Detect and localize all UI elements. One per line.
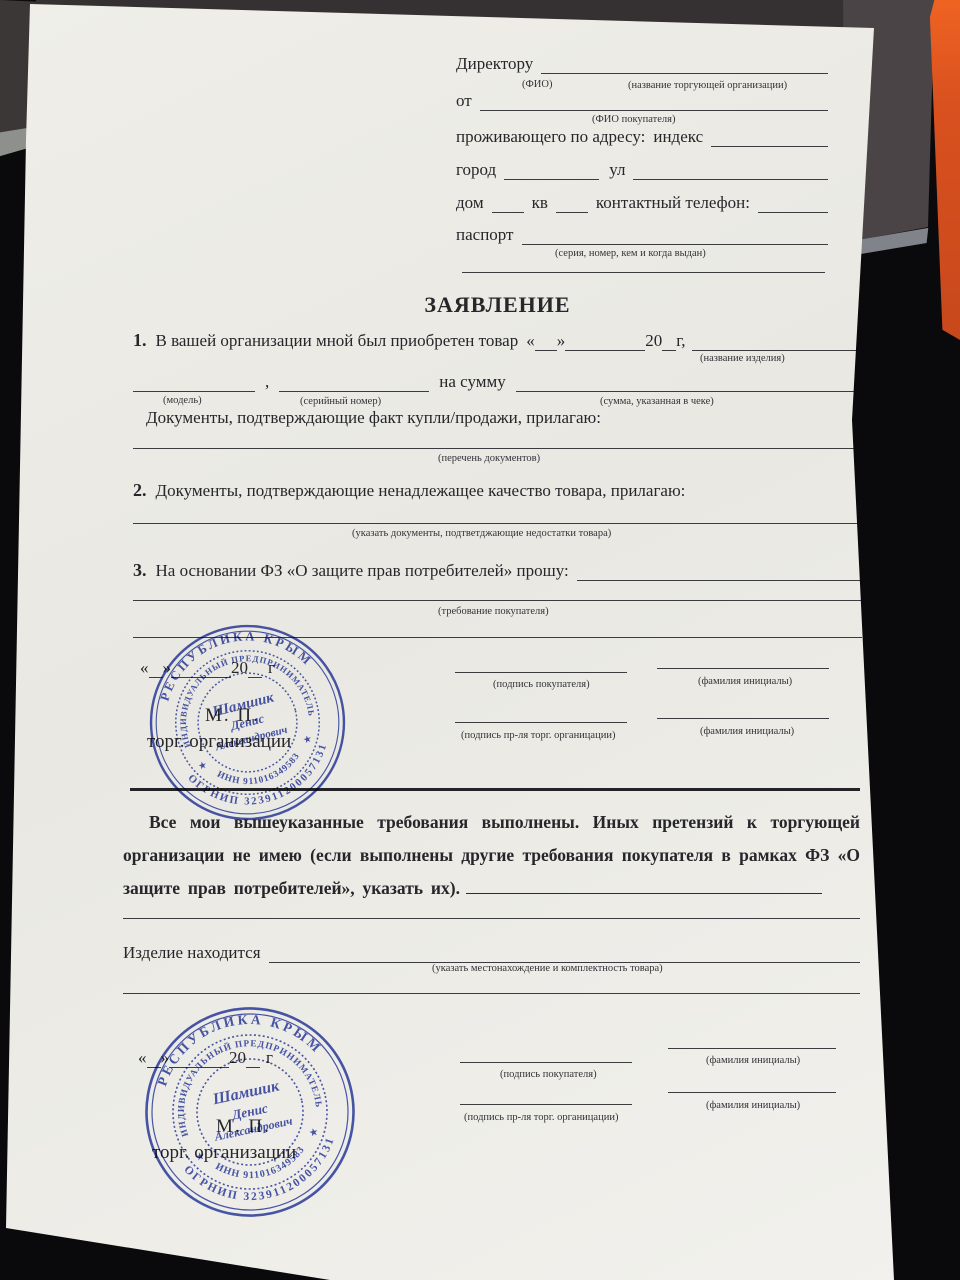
star-icon: ★ (195, 1150, 206, 1162)
blank-underline (556, 196, 588, 213)
blank-underline (279, 375, 429, 392)
blank-underline (535, 334, 557, 351)
header-line-house: дом кв контактный телефон: (456, 193, 828, 213)
sig1-buyer-sign-line (455, 672, 627, 673)
sig2-fam-line (668, 1048, 836, 1049)
location-label: Изделие находится (123, 943, 261, 963)
blank-underline (504, 163, 599, 180)
item3-text: На основании ФЗ «О защите прав потребите… (156, 561, 569, 581)
item2-text: Документы, подтверждающие ненадлежащее к… (156, 481, 686, 501)
header-line-from: от (456, 91, 828, 111)
passport-label: паспорт (456, 225, 514, 245)
blank-underline (492, 196, 524, 213)
header-line-director: Директору (456, 54, 828, 74)
flat-label: кв (532, 193, 548, 213)
from-label: от (456, 91, 472, 111)
caption-buyer-demand: (требование покупателя) (438, 606, 549, 617)
blank-line (133, 523, 862, 524)
blank-underline (662, 334, 676, 351)
director-label: Директору (456, 54, 533, 74)
caption-sum: (сумма, указанная в чеке) (600, 396, 714, 407)
item1-number: 1. (133, 330, 147, 351)
blank-line (462, 272, 825, 273)
blank-underline (541, 57, 828, 74)
star-icon: ★ (197, 760, 208, 771)
caption-product-name: (название изделия) (700, 353, 785, 364)
sig2-buyer-sign-line (460, 1062, 632, 1063)
item3-number: 3. (133, 560, 147, 581)
paper-sheet: Директору (ФИО) (название торгующей орга… (0, 0, 960, 1280)
blank-line (133, 448, 862, 449)
blank-underline (711, 130, 828, 147)
caption-family-initials: (фамилия инициалы) (706, 1055, 800, 1066)
caption-buyer-sign: (подпись покупателя) (493, 679, 590, 690)
header-line-address: проживающего по адресу: индекс (456, 127, 828, 147)
star-icon: ★ (302, 734, 313, 745)
caption-buyer-sign: (подпись покупателя) (500, 1069, 597, 1080)
sig2-seller-sign-line (460, 1104, 632, 1105)
caption-defect-docs: (указать документы, подтветджающие недос… (352, 528, 611, 539)
caption-family-initials: (фамилия инициалы) (706, 1100, 800, 1111)
year-prefix: 20 (645, 331, 662, 351)
caption-fio: (ФИО) (522, 79, 552, 90)
item2-line: 2. Документы, подтверждающие ненадлежаще… (133, 480, 862, 501)
header-line-passport: паспорт (456, 225, 828, 245)
caption-passport: (серия, номер, кем и когда выдан) (555, 248, 706, 259)
address-label: проживающего по адресу: (456, 127, 645, 147)
blank-underline (466, 878, 822, 894)
blank-underline (758, 196, 828, 213)
form-title: ЗАЯВЛЕНИЕ (133, 292, 862, 318)
location-line: Изделие находится (123, 943, 860, 963)
orange-object (928, 0, 960, 340)
header-line-city: город ул (456, 160, 828, 180)
item1-docs-line: Документы, подтверждающие факт купли/про… (146, 408, 862, 428)
blank-underline (516, 375, 862, 392)
sig2-fam-line2 (668, 1092, 836, 1093)
phone-label: контактный телефон: (596, 193, 750, 213)
caption-buyer-fio: (ФИО покупателя) (592, 114, 675, 125)
blank-underline (133, 375, 255, 392)
caption-seller-sign: (подпись пр-ля торг. органицации) (461, 730, 615, 741)
caption-model: (модель) (163, 395, 202, 406)
quote-close: » (557, 331, 566, 351)
caption-doc-list: (перечень документов) (438, 453, 540, 464)
sum-label: на сумму (439, 372, 506, 392)
sig1-fam-line (657, 668, 829, 669)
blank-line (123, 918, 860, 919)
house-label: дом (456, 193, 484, 213)
city-label: город (456, 160, 496, 180)
comma: , (265, 372, 269, 392)
quote-open: « (526, 331, 535, 351)
caption-serial: (серийный номер) (300, 396, 381, 407)
blank-underline (633, 163, 828, 180)
form-content: Директору (ФИО) (название торгующей орга… (0, 0, 960, 1280)
blank-underline (692, 334, 862, 351)
street-label: ул (609, 160, 625, 180)
caption-org-name: (название торгующей организации) (628, 80, 787, 91)
star-icon: ★ (309, 1126, 320, 1138)
blank-underline (577, 564, 862, 581)
item1-line2: , на сумму (133, 372, 862, 392)
round-stamp-2: РЕСПУБЛИКА КРЫМ ОГРНИП 323911200057131 И… (120, 982, 381, 1243)
item1-docs-text: Документы, подтверждающие факт купли/про… (146, 408, 601, 428)
sig1-fam-line2 (657, 718, 829, 719)
caption-location: (указать местонахождение и комплектность… (432, 963, 663, 974)
item2-number: 2. (133, 480, 147, 501)
blank-line (123, 993, 860, 994)
blank-underline (522, 228, 829, 245)
caption-family-initials: (фамилия инициалы) (700, 726, 794, 737)
caption-family-initials: (фамилия инициалы) (698, 676, 792, 687)
sig1-seller-sign-line (455, 722, 627, 723)
item3-line: 3. На основании ФЗ «О защите прав потреб… (133, 560, 862, 581)
index-label: индекс (653, 127, 703, 147)
blank-underline (565, 334, 645, 351)
item1-line1: 1. В вашей организации мной был приобрет… (133, 330, 862, 351)
year-suffix: г, (676, 331, 685, 351)
blank-line (133, 600, 862, 601)
item1-text: В вашей организации мной был приобретен … (156, 331, 519, 351)
blank-underline (480, 94, 828, 111)
caption-seller-sign: (подпись пр-ля торг. органицации) (464, 1112, 618, 1123)
blank-underline (269, 946, 860, 963)
